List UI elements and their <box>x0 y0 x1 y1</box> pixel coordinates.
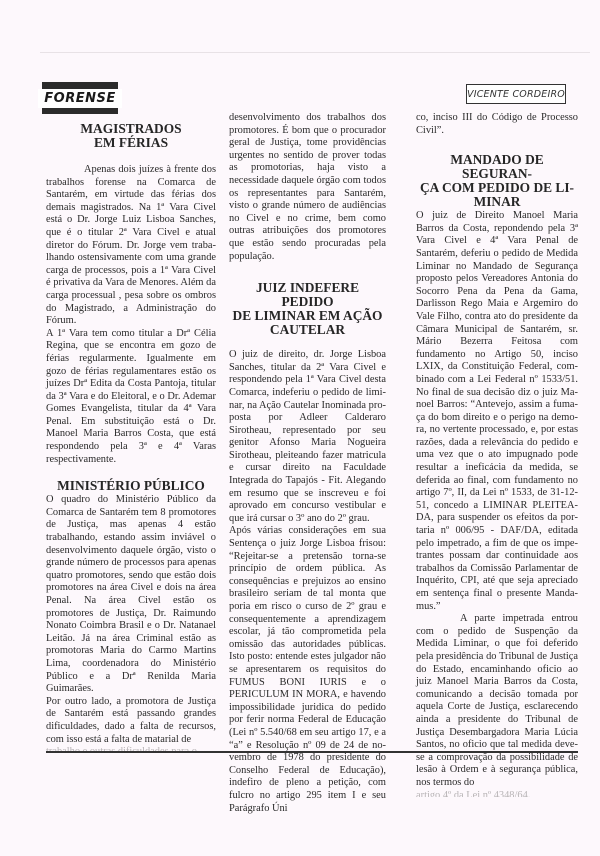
paragraph: Por outro lado, a promotora de Justiça d… <box>46 696 216 746</box>
column-3: co, inciso III do Código de Processo Civ… <box>416 112 578 797</box>
title-line: MINAR <box>474 194 521 209</box>
title-line: MAGISTRADOS <box>80 121 181 136</box>
article-title-mandado: MANDADO DE SEGURAN- ÇA COM PEDIDO DE LI-… <box>416 153 578 209</box>
paragraph: A 1ª Vara tem como titular a Drª Célia R… <box>46 328 216 467</box>
title-line: EM FÉRIAS <box>94 135 168 150</box>
author-label: VICENTE CORDEIRO <box>466 84 566 104</box>
column-2: desenvolvimento dos trabalhos dos promot… <box>229 112 386 815</box>
title-line: JUIZ INDEFERE PEDIDO <box>256 280 359 309</box>
paragraph: O quadro do Ministério Público da Comarc… <box>46 494 216 696</box>
section-label: FORENSE <box>38 89 121 108</box>
cut-off-line: artigo 4º da Lei nº 4348/64. <box>416 790 578 797</box>
bottom-rule <box>46 751 578 753</box>
title-line: DE LIMINAR EM AÇÃO <box>233 308 383 323</box>
paragraph: Apenas dois juízes à frente dos trabalho… <box>46 164 216 328</box>
section-label-box: FORENSE <box>42 82 118 114</box>
article-title-magistrados: MAGISTRADOS EM FÉRIAS <box>46 122 216 150</box>
paragraph: A parte impetrada entrou com o pedido de… <box>416 613 578 789</box>
paragraph: desenvolvimento dos trabalhos dos promot… <box>229 112 386 263</box>
article-title-ministerio: MINISTÉRIO PÚBLICO <box>46 479 216 493</box>
paragraph: O juiz de Direito Manoel Maria Barros da… <box>416 210 578 613</box>
paragraph: O juiz de direito, dr. Jorge Lisboa Sanc… <box>229 349 386 525</box>
paragraph: co, inciso III do Código de Processo Civ… <box>416 112 578 137</box>
bleed-through-rule <box>40 52 590 53</box>
title-line: MANDADO DE SEGURAN- <box>450 152 543 181</box>
title-line: CAUTELAR <box>270 322 345 337</box>
column-1: MAGISTRADOS EM FÉRIAS Apenas dois juízes… <box>46 122 216 753</box>
title-line: ÇA COM PEDIDO DE LI- <box>420 180 574 195</box>
title-line: MINISTÉRIO PÚBLICO <box>57 478 205 493</box>
paragraph: Após várias considerações em sua Sentenç… <box>229 525 386 815</box>
article-title-juiz-indefere: JUIZ INDEFERE PEDIDO DE LIMINAR EM AÇÃO … <box>229 281 386 337</box>
